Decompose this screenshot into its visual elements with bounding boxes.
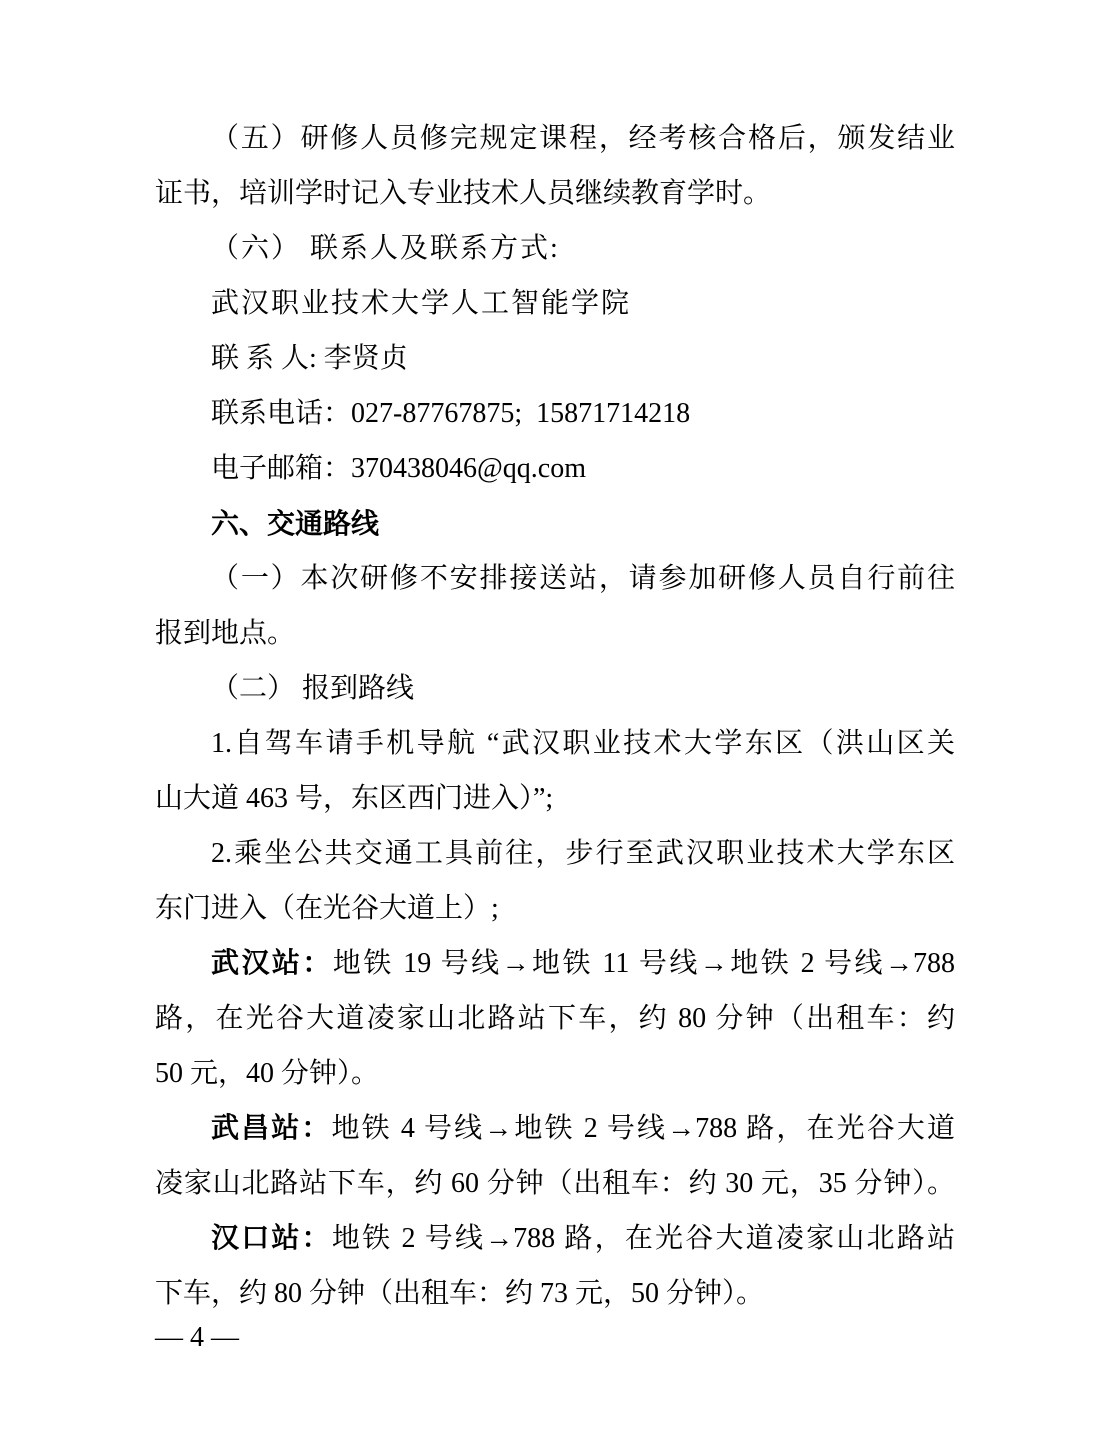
route-wuchang-line-2: 凌家山北路站下车，约 60 分钟（出租车：约 30 元，35 分钟）。 — [155, 1156, 955, 1211]
station-label-hankou: 汉口站： — [211, 1223, 332, 1254]
route-hankou-text-1: 地铁 2 号线→788 路，在光谷大道凌家山北路站 — [332, 1223, 955, 1254]
para-public-transit-line-2: 东门进入（在光谷大道上）; — [155, 881, 955, 936]
station-label-wuchang: 武昌站： — [211, 1113, 332, 1144]
document-page: （五）研修人员修完规定课程，经考核合格后，颁发结业 证书，培训学时记入专业技术人… — [0, 0, 1102, 1437]
route-wuhan-line-3: 50 元，40 分钟）。 — [155, 1046, 955, 1101]
para-completion-line-2: 证书，培训学时记入专业技术人员继续教育学时。 — [155, 166, 955, 221]
route-wuhan-line-1: 武汉站：地铁 19 号线→地铁 11 号线→地铁 2 号线→788 — [155, 936, 955, 991]
contact-section-heading: （六） 联系人及联系方式: — [155, 221, 955, 276]
route-hankou-line-1: 汉口站：地铁 2 号线→788 路，在光谷大道凌家山北路站 — [155, 1211, 955, 1266]
route-hankou-line-2: 下车，约 80 分钟（出租车：约 73 元，50 分钟）。 — [155, 1266, 955, 1321]
route-wuchang-line-1: 武昌站：地铁 4 号线→地铁 2 号线→788 路，在光谷大道 — [155, 1101, 955, 1156]
para-drive-line-2: 山大道 463 号，东区西门进入）”; — [155, 771, 955, 826]
route-wuchang-text-1: 地铁 4 号线→地铁 2 号线→788 路，在光谷大道 — [332, 1113, 955, 1144]
route-wuhan-line-2: 路，在光谷大道凌家山北路站下车，约 80 分钟（出租车：约 — [155, 991, 955, 1046]
station-label-wuhan: 武汉站： — [211, 948, 333, 979]
contact-email: 电子邮箱：370438046@qq.com — [155, 441, 955, 496]
para-no-pickup-line-1: （一）本次研修不安排接送站，请参加研修人员自行前往 — [155, 551, 955, 606]
contact-person: 联 系 人: 李贤贞 — [155, 331, 955, 386]
contact-organization: 武汉职业技术大学人工智能学院 — [155, 276, 955, 331]
para-drive-line-1: 1.自驾车请手机导航 “武汉职业技术大学东区（洪山区关 — [155, 716, 955, 771]
para-no-pickup-line-2: 报到地点。 — [155, 606, 955, 661]
contact-phone: 联系电话：027-87767875; 15871714218 — [155, 386, 955, 441]
page-number: — 4 — — [155, 1321, 955, 1355]
para-completion-line-1: （五）研修人员修完规定课程，经考核合格后，颁发结业 — [155, 111, 955, 166]
traffic-section-heading: 六、交通路线 — [155, 496, 955, 551]
para-public-transit-line-1: 2.乘坐公共交通工具前往，步行至武汉职业技术大学东区 — [155, 826, 955, 881]
route-wuhan-text-1: 地铁 19 号线→地铁 11 号线→地铁 2 号线→788 — [333, 948, 955, 979]
route-subsection-heading: （二） 报到路线 — [155, 661, 955, 716]
